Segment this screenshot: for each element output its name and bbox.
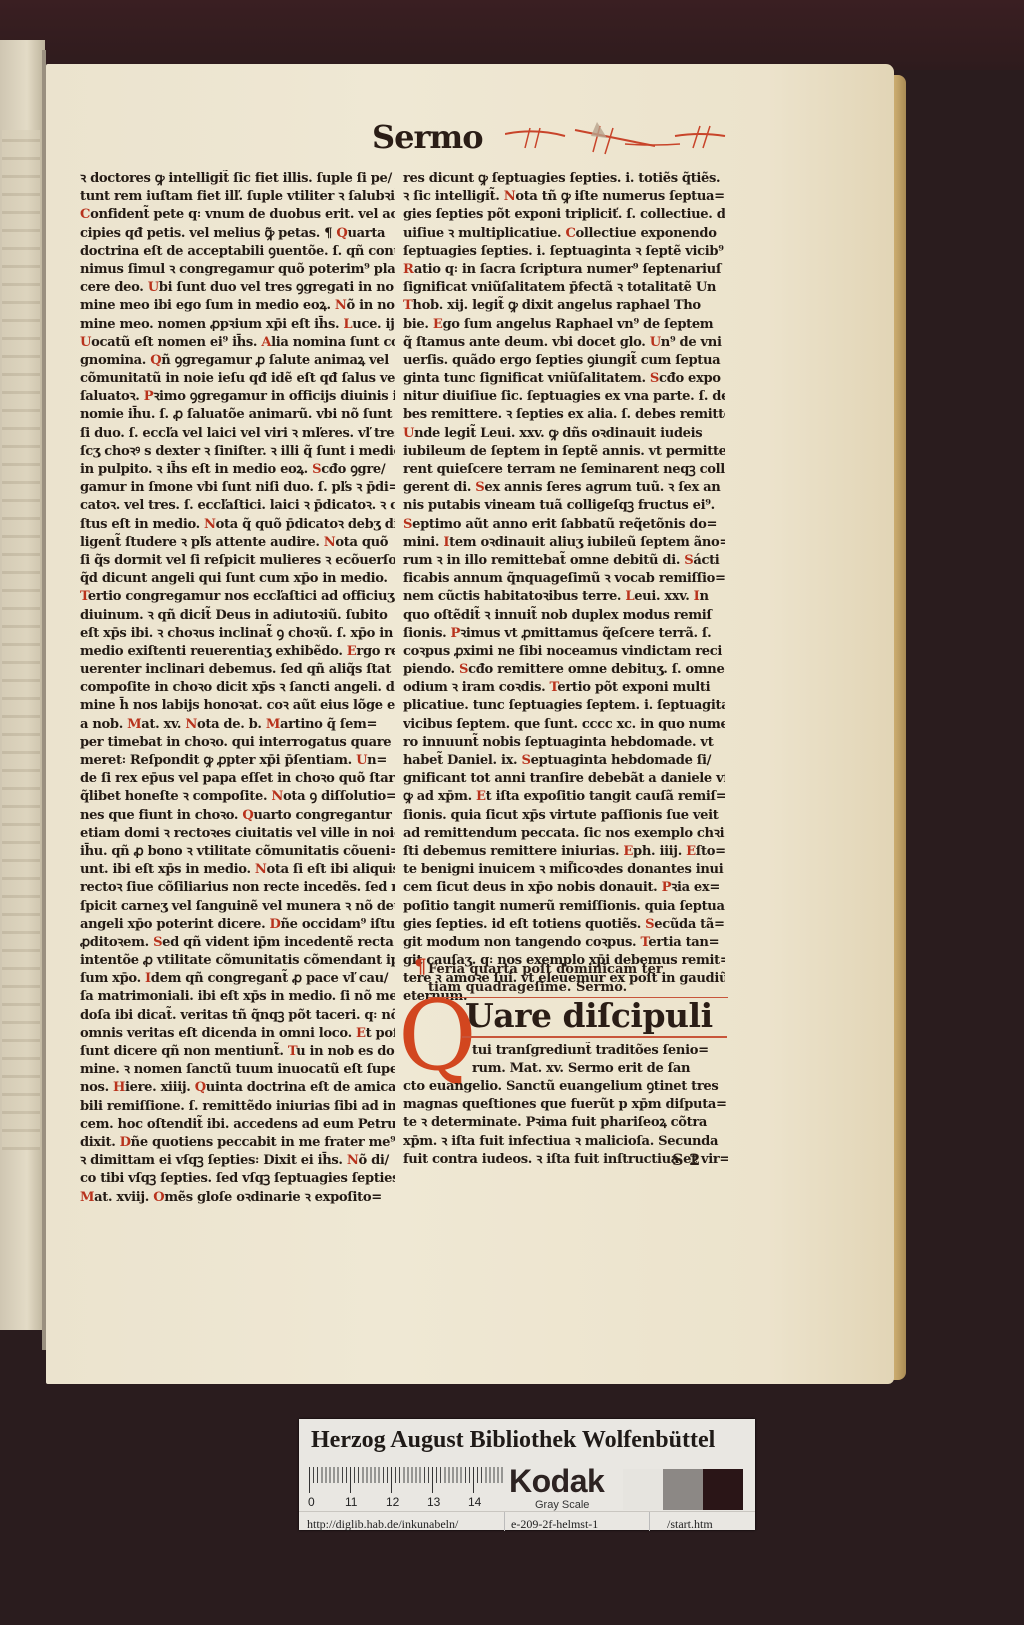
text-line: poſitio tangit numerũ remiſſionis. quia … (403, 898, 725, 916)
rubricated-capital: E (347, 644, 357, 659)
text-line: ſi q̃s dormit vel ſi reſpicit mulieres ꝛ… (80, 552, 395, 570)
text-line: gamur in ſmone vbi ſunt niſi duo. ſ. pľs… (80, 479, 395, 497)
rubricated-capital: D (120, 1135, 131, 1150)
text-line: vicibus ſeptem. que ſunt. cccc xc. in qu… (403, 716, 725, 734)
rubricated-capital: H (113, 1080, 125, 1095)
rubricated-capital: N (324, 535, 336, 550)
text-line: eſt xp̄s ibi. ꝛ choꝛus inclinat̃ ꝯ choꝛũ… (80, 625, 395, 643)
facing-page-text-bleed (2, 130, 40, 1150)
text-line: gnomina. Qñ ꝯgregamur ꝓ ſalute animaꝝ ve… (80, 352, 395, 370)
rubricated-capital: E (476, 789, 486, 804)
library-name: Herzog August Bibliothek Wolfenbüttel (311, 1427, 715, 1454)
text-line: mine h̄ nos labijs honoꝛat. coꝛ aũt eius… (80, 697, 395, 715)
rubricated-capital: E (686, 844, 696, 859)
text-line: git modum non tangendo coꝛpus. Tertia ta… (403, 934, 725, 952)
color-target-card: Herzog August Bibliothek Wolfenbüttel 0 … (299, 1419, 755, 1530)
rubricated-capital: T (550, 680, 558, 695)
text-line: quo oſtẽdit̃ ꝛ innuit̃ nob duplex modus … (403, 607, 725, 625)
gray-patch-black (703, 1469, 743, 1510)
text-line: plicatiue. tunc ſeptuagies ſeptem. i. ſe… (403, 697, 725, 715)
text-line: tunt rem iuſtam fiet ilľ. ſuple vtiliter… (80, 188, 395, 206)
ruler-label: 11 (345, 1495, 357, 1509)
gray-scale-label: Gray Scale (535, 1499, 589, 1511)
rubricated-capital: N (504, 189, 516, 204)
text-line: ſionis. quia ſicut xp̄s virtute paſſioni… (403, 807, 725, 825)
text-line: ih̄u. qñ ꝓ bono ꝛ vtilitate cõmunitatis … (80, 843, 395, 861)
text-line: rent quieſcere terram ne ſeminarent neqꝫ… (403, 461, 725, 479)
ruler-label: 14 (468, 1495, 481, 1509)
text-line: gerent di. Sex annis ſeres agrum tuũ. ꝛ … (403, 479, 725, 497)
url-base: http://diglib.hab.de/inkunabeln/ (307, 1517, 458, 1532)
red-underline (462, 1036, 727, 1038)
rubricated-capital: T (288, 1044, 296, 1059)
text-line: ligent̃ ſtudere ꝛ pľs attente audire. No… (80, 534, 395, 552)
rubricated-capital: M (266, 717, 280, 732)
text-line: etiam domi ꝛ rectoꝛes ciuitatis vel vill… (80, 825, 395, 843)
ruler-label: 12 (386, 1495, 399, 1509)
text-line: coꝛpus ꝓximi ne ſibi noceamus vindictam … (403, 643, 725, 661)
text-line: de ſi rex ep̄us vel papa eſſet in choꝛo … (80, 770, 395, 788)
rubricated-capital: P (662, 880, 672, 895)
text-line: te ꝛ determinate. Pꝛima fuit phariſeoꝝ c… (403, 1114, 728, 1132)
text-line: Mat. xviij. Omẽs gloſe oꝛdinarie ꝛ expoſ… (80, 1189, 395, 1207)
text-line: uerſis. quãdo ergo ſepties ꝯiungit̃ cum … (403, 352, 725, 370)
rubricated-capital: M (80, 1190, 94, 1205)
text-line: ficabis annum q̃nquageſimũ ꝛ vocab remiſ… (403, 570, 725, 588)
url-divider (504, 1512, 505, 1531)
text-line: doſa ibi dicat̃. veritas tñ q̃nqꝫ põt ta… (80, 1007, 395, 1025)
rubricated-capital: U (356, 753, 367, 768)
text-line: angeli xp̄o poterint dicere. Dñe occidam… (80, 916, 395, 934)
rubricated-capital: E (356, 1026, 366, 1041)
text-line: nitur diuiſiue ſic. ſeptuagies ex vna pa… (403, 388, 725, 406)
rubricated-capital: I (443, 535, 449, 550)
text-column-right: res dicunt ꝙ ſeptuagies ſepties. i. toti… (403, 170, 725, 1007)
rubricated-capital: S (475, 480, 484, 495)
rubricated-capital: U (650, 335, 661, 350)
url-divider (649, 1512, 650, 1531)
text-line: cto euangelio. Sanctũ euangelium ꝯtinet … (403, 1078, 728, 1096)
text-line: ſti debemus remittere iniurias. Eph. iii… (403, 843, 725, 861)
text-line: co tibi vſqꝫ ſepties. ſed vſqꝫ ſeptuagie… (80, 1170, 395, 1188)
text-line: cere deo. Ubi ſunt duo vel tres ꝯgregati… (80, 279, 395, 297)
text-line: Tertio congregamur nos eccľaſtici ad off… (80, 588, 395, 606)
text-line: bili remiſſione. ſ. remittẽdo iniurias ſ… (80, 1098, 395, 1116)
rubricated-capital: N (335, 298, 347, 313)
text-line: in pulpito. ꝛ ih̄s eſt in medio eoꝝ. Scđ… (80, 461, 395, 479)
rubricated-capital: M (127, 717, 141, 732)
text-line: piendo. Scđo remittere omne debituʒ. ſ. … (403, 661, 725, 679)
text-line: ꝛ ſic intelligit̃. Nota tñ ꝙ iſte numeru… (403, 188, 725, 206)
rubricated-capital: A (261, 335, 271, 350)
rubricated-capital: Q (336, 226, 347, 241)
rubricated-capital: T (640, 935, 648, 950)
text-line: habet̃ Daniel. ix. Septuaginta hebdomade… (403, 752, 725, 770)
ruler-major-tick (473, 1467, 474, 1493)
rubricated-capital: S (650, 371, 659, 386)
url-row: http://diglib.hab.de/inkunabeln/ e-209-2… (299, 1511, 755, 1531)
text-line: mine meo ibi ego ſum in medio eoꝝ. Nõ in… (80, 297, 395, 315)
text-line: Confident̃ pete q꞉ vnum de duobus erit. … (80, 206, 395, 224)
rubricated-capital: L (343, 317, 352, 332)
rubricated-capital: N (204, 517, 216, 532)
rubricated-capital: S (403, 517, 412, 532)
text-line: medio exiſtenti reuerentiaʒ exhibẽdo. Er… (80, 643, 395, 661)
running-title: Sermo (372, 118, 483, 158)
rubricated-capital: T (80, 589, 88, 604)
text-line: mine. ꝛ nomen ſanctũ tuum inuocatũ eſt ſ… (80, 1061, 395, 1079)
text-line: q̃ ſtamus ante deum. vbi docet glo. Un⁹ … (403, 334, 725, 352)
ruler-major-tick (391, 1467, 392, 1493)
text-line: diuinum. ꝛ qñ dicit̃ Deus in adiutoꝛiũ. … (80, 607, 395, 625)
text-line: unt. ibi eſt xp̄s in medio. Nota ſi eſt … (80, 861, 395, 879)
text-line: ꝙ ad xp̄m. Et iſta expoſitio tangit cauſ… (403, 788, 725, 806)
signature-mark: S 2 (672, 1150, 700, 1169)
text-line: ad remittendum peccata. ſic nos exemplo … (403, 825, 725, 843)
text-line: meret꞉ Reſpondit ꝙ ꝓpter xp̄i p̄ſentiam.… (80, 752, 395, 770)
pilcrow-icon: ¶ (414, 957, 427, 975)
url-id: e-209-2f-helmst-1 (511, 1517, 598, 1532)
gray-patch-white (623, 1469, 663, 1510)
text-line: Unde legit̃ Leui. xxv. ꝙ dñs oꝛdinauit i… (403, 425, 725, 443)
text-line: bie. Ego ſum angelus Raphael vn⁹ de ſept… (403, 316, 725, 334)
text-line: ſpicit carneʒ vel ſanguinẽ vel munera ꝛ … (80, 898, 395, 916)
ruler-label: 0 (308, 1495, 315, 1509)
rubricated-capital: E (623, 844, 633, 859)
text-line: ſum xp̄o. Idem qñ congregant̃ ꝓ pace vľ … (80, 970, 395, 988)
text-line: nis putabis vineam tuã colligeſqꝫ fructu… (403, 497, 725, 515)
rubricated-capital: N (255, 862, 267, 877)
rubricated-capital: U (148, 280, 159, 295)
red-flourish-ornament (505, 118, 755, 158)
text-line: ſionis. Pꝛimus vt ꝓmittamus q̃eſcere ter… (403, 625, 725, 643)
ruler-major-tick (350, 1467, 351, 1493)
text-line: nes que fiunt in choꝛo. Quarto congregan… (80, 807, 395, 825)
text-line: ꝛ doctores ꝙ intelligit̃ ſic fiet illis.… (80, 170, 395, 188)
rubricated-capital: S (459, 662, 468, 677)
text-line: gies ſepties põt exponi tripliciť. ſ. co… (403, 206, 725, 224)
text-line: q̃libet honeſte ꝛ compoſite. Nota ꝯ diſſ… (80, 788, 395, 806)
rubricated-capital: T (403, 298, 412, 313)
text-line: omnis veritas eſt dicenda in omni loco. … (80, 1025, 395, 1043)
text-line: Uocatũ eſt nomen ei⁹ ih̄s. Alia nomina ſ… (80, 334, 395, 352)
rubricated-capital: L (625, 589, 634, 604)
text-line: ſeptuagies ſepties. i. ſeptuaginta ꝛ ſep… (403, 243, 725, 261)
rubricated-capital: U (80, 335, 91, 350)
rubricated-capital: E (433, 317, 443, 332)
text-column-left: ꝛ doctores ꝙ intelligit̃ ſic fiet illis.… (80, 170, 395, 1207)
rubricated-capital: P (451, 626, 461, 641)
rubricated-capital: S (645, 917, 654, 932)
text-line: nos. Hiere. xiiij. Quinta doctrina eſt d… (80, 1079, 395, 1097)
text-line: Ratio q꞉ in ſacra ſcriptura numer⁹ ſepte… (403, 261, 725, 279)
text-line: a nob. Mat. xv. Nota de. b. Martino q̃ ſ… (80, 716, 395, 734)
rubricated-capital: I (145, 971, 151, 986)
text-line: rum ꝛ in illo remittebat̃ omne debitũ di… (403, 552, 725, 570)
text-line: ſignificat vniũſalitatem p̄fectã ꝛ total… (403, 279, 725, 297)
ruler-label: 13 (427, 1495, 440, 1509)
rubricated-capital: S (312, 462, 321, 477)
text-line: cipies qđ petis. vel melius ꝙ̃ petas. ¶ … (80, 225, 395, 243)
rubricated-capital: P (144, 389, 154, 404)
rubricated-capital: N (185, 717, 197, 732)
text-line: cõmunitatũ in noie ieſu qđ idẽ eſt qđ ſa… (80, 370, 395, 388)
rubricated-capital: S (684, 553, 693, 568)
rubricated-capital: Q (242, 808, 253, 823)
text-line: Septimo aũt anno erit ſabbatũ req̃etõnis… (403, 516, 725, 534)
rubricated-capital: Q (150, 353, 161, 368)
text-line: nomie ih̄u. ſ. ꝓ ſaluatõe animarũ. vbi n… (80, 406, 395, 424)
kodak-logo: Kodak (509, 1463, 604, 1500)
text-line: cem. hoc oſtendit̃ ibi. accedens ad eum … (80, 1116, 395, 1134)
text-line: rum. Mat. xv. Sermo erit de ſan (472, 1060, 727, 1078)
url-start: /start.htm (667, 1517, 713, 1532)
text-line: ꝓditoꝛem. Sed qñ vident ip̄m incedentẽ r… (80, 934, 395, 952)
rubricated-capital: S (521, 753, 530, 768)
text-line: bes remittere. ꝛ ſepties ex alia. ſ. deb… (403, 406, 725, 424)
text-line: q̃d dicunt angeli qui ſunt cum xp̄o in m… (80, 570, 395, 588)
rubricated-capital: Q (195, 1080, 206, 1095)
text-line: tui tranſgrediunt̃ traditões ſenio= (472, 1042, 727, 1060)
ruler-major-tick (309, 1467, 310, 1493)
text-line: ro innuunt̃ nobis ſeptuaginta hebdomade.… (403, 734, 725, 752)
rubricated-capital: U (403, 426, 414, 441)
text-beside-initial: tui tranſgrediunt̃ traditões ſenio= rum.… (472, 1042, 727, 1078)
text-line: rectoꝛ ſiue cõſiliarius non recte incedẽ… (80, 879, 395, 897)
text-line: magnas queſtiones que fuerũt p xp̄m diſp… (403, 1096, 728, 1114)
rubricated-capital: R (403, 262, 414, 277)
text-line: ſunt dicere qñ non mentiunt̃. Tu in nob … (80, 1043, 395, 1061)
text-line: catoꝛ. vel tres. ſ. eccľaſtici. laici ꝛ … (80, 497, 395, 515)
text-line: gnificant tot anni tranſire debebãt a da… (403, 770, 725, 788)
text-line: ſcʒ choꝛꝰ s dexter ꝛ ſiniſter. ꝛ illi q̃… (80, 443, 395, 461)
text-line: mine meo. nomen ꝓpꝛium xp̄i eſt ih̄s. Lu… (80, 316, 395, 334)
text-line: xp̄m. ꝛ iſta fuit infectiua ꝛ malicioſa.… (403, 1133, 728, 1151)
text-line: ſa matrimoniali. ibi eſt xp̄s in medio. … (80, 988, 395, 1006)
text-line: ginta tunc ſignificat vniũſalitatem. Scđ… (403, 370, 725, 388)
text-line: res dicunt ꝙ ſeptuagies ſepties. i. toti… (403, 170, 725, 188)
text-line: nem cũctis habitatoꝛibus terre. Leui. xx… (403, 588, 725, 606)
text-line: gies ſepties. id eſt totiens quotiẽs. Se… (403, 916, 725, 934)
rubricated-capital: C (80, 207, 90, 222)
text-line: mini. Item oꝛdinauit aliuʒ iubileũ ſepte… (403, 534, 725, 552)
text-line: intentõe ꝓ vtilitate cõmunitatis cõmenda… (80, 952, 395, 970)
rubricated-capital: S (153, 935, 162, 950)
rubricated-capital: N (347, 1153, 359, 1168)
backdrop (0, 0, 1024, 70)
text-line: cem ſicut deus in xp̄o nobis donauit. Pꝛ… (403, 879, 725, 897)
text-line: per timebat in choꝛo. qui interrogatus q… (80, 734, 395, 752)
text-line: uiſiue ꝛ multiplicatiue. Collectiue expo… (403, 225, 725, 243)
text-line: ſi duo. ſ. eccľa vel laici vel viri ꝛ mľ… (80, 425, 395, 443)
text-line: iubileum de ſeptem in ſeptẽ annis. vt pe… (403, 443, 725, 461)
incipit-heading: Uare diſcipuli (465, 996, 713, 1035)
text-line: ꝛ dimittam ei vſqꝫ ſepties꞉ Dixit ei ih̄… (80, 1152, 395, 1170)
text-line: te benigni inuicem ꝛ miſ̃icoꝛdes donante… (403, 861, 725, 879)
text-line: compoſite in choꝛo dicit xp̄s ꝛ ſancti a… (80, 679, 395, 697)
rubricated-capital: O (153, 1190, 164, 1205)
rubricated-capital: C (565, 226, 575, 241)
text-line: Thob. xij. legit̃ ꝙ dixit angelus raphae… (403, 297, 725, 315)
gray-patch-mid (663, 1469, 703, 1510)
text-line: ſtus eſt in medio. Nota q̃ quõ p̄dicatoꝛ… (80, 516, 395, 534)
text-line: uerenter inclinari debemus. ſed qñ aliq̃… (80, 661, 395, 679)
text-line: doctrina eſt de acceptabili ꝯuentõe. ſ. … (80, 243, 395, 261)
rubric-heading-line-1: Feria quarta poſt dominicam ter (428, 961, 728, 979)
text-line: ſaluatoꝛ. Pꝛimo ꝯgregamur in officijs di… (80, 388, 395, 406)
text-line: dixit. Dñe quotiens peccabit in me frate… (80, 1134, 395, 1152)
text-line: odium ꝛ iram coꝛdis. Tertio põt exponi m… (403, 679, 725, 697)
rubricated-capital: I (694, 589, 700, 604)
ruler-major-tick (432, 1467, 433, 1493)
rubricated-capital: N (271, 789, 283, 804)
text-line: nimus ſimul ꝛ congregamur quõ poterim⁹ p… (80, 261, 395, 279)
facing-page-left (0, 40, 45, 1330)
rubricated-capital: D (270, 917, 281, 932)
